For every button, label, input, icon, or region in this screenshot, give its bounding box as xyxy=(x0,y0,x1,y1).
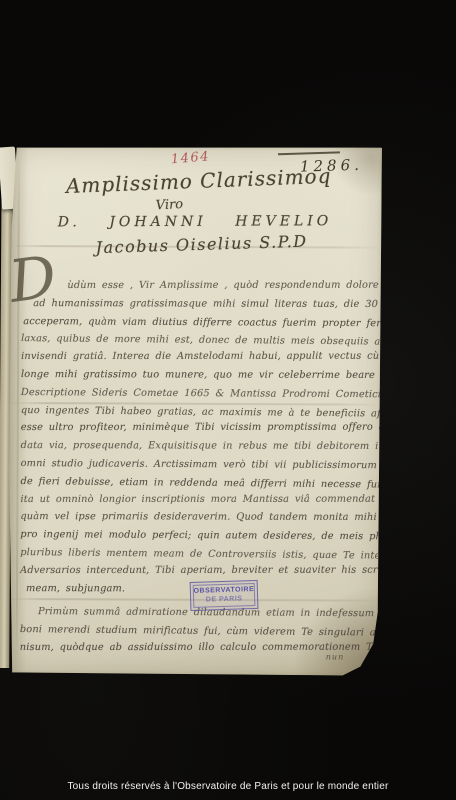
stamp-text-line1: OBSERVATOIRE xyxy=(193,586,254,596)
addressee-name: D. JOHANNI HEVELIO xyxy=(58,213,333,230)
manuscript-line: quàm vel ipse primariis desideraverim. Q… xyxy=(20,508,376,527)
left-fold-crease xyxy=(16,158,20,658)
observatory-stamp: OBSERVATOIRE DE PARIS xyxy=(190,580,259,611)
manuscript-line: Descriptione Sideris Cometae 1665 & Mant… xyxy=(21,384,377,404)
manuscript-line: nisum, quòdque ab assiduissimo illo calc… xyxy=(20,639,376,657)
manuscript-line: ita ut omninò longior inscriptionis mora… xyxy=(20,490,376,508)
manuscript-page: 1464 1286. Amplissimo Clarissimoq Viro D… xyxy=(8,146,382,676)
manuscript-line: invisendi gratiâ. Interea die Amstelodam… xyxy=(21,348,377,366)
stamp-text-line2: DE PARIS xyxy=(206,595,243,604)
manuscript-line: pro ingenij mei modulo perfeci; quin aut… xyxy=(20,526,376,546)
salutation-line-1: Amplissimo Clarissimoq xyxy=(65,164,331,198)
manuscript-line: ùdùm esse , Vir Amplissime , quòd respon… xyxy=(21,277,377,295)
manuscript-line: data via, prosequenda, Exquisitisque in … xyxy=(21,437,377,456)
sender-name: Jacobus Oiselius S.P.D xyxy=(95,232,308,257)
copyright-caption: Tous droits réservés à l'Observatoire de… xyxy=(0,781,456,792)
salutation-line-2: Viro xyxy=(155,197,183,213)
red-inventory-number: 1464 xyxy=(170,149,210,167)
folio-overline xyxy=(278,151,340,155)
stamp-inner-border: OBSERVATOIRE DE PARIS xyxy=(193,583,256,608)
manuscript-line: ad humanissimas gratissimasque mihi simu… xyxy=(21,295,377,314)
manuscript-line: omni studio judicaveris. Arctissimam ver… xyxy=(21,455,377,475)
manuscript-line: longe mihi gratissimo tuo munere, quo me… xyxy=(21,366,377,385)
catchword: nun xyxy=(326,652,345,661)
manuscript-line: Adversarios intercedunt, Tibi aperiam, b… xyxy=(20,561,376,579)
archival-photo: 1464 1286. Amplissimo Clarissimoq Viro D… xyxy=(0,0,456,800)
manuscript-line: esse ultro profiteor, minimèque Tibi vic… xyxy=(21,419,377,437)
